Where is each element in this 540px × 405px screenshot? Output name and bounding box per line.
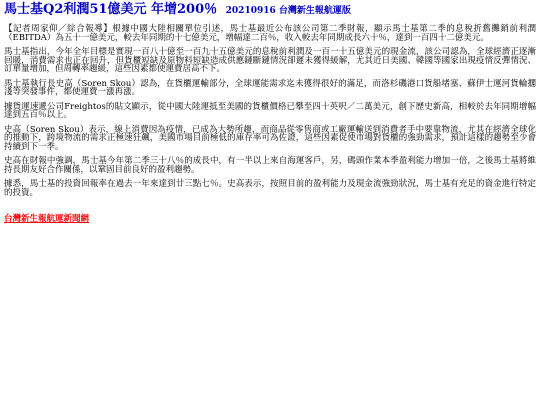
article-paragraph: 馬士基執行長史高（Soren Skou）認為，在貨櫃運輸部分，全球運能需求迄未獲… (4, 80, 536, 97)
article-paragraph: 馬士基指出，今年全年目標是實現一百八十億至一百九十五億美元的息稅前利潤及一百一十… (4, 48, 536, 74)
article-page: 馬士基Q2利潤51億美元 年增200％ 20210916 台灣新生報航運版 【記… (0, 0, 540, 405)
article-title-main: 馬士基Q2利潤51億美元 年增200％ (4, 2, 217, 17)
article-paragraph: 【記者周家仰／綜合報導】根據中國大陸相關單位引述，馬士基最近公布該公司第二季財報… (4, 25, 536, 42)
article-paragraph: 史高在財報中強調，馬士基今年第二季三十八％的成長中，有一半以上來自海運客戶，另，… (4, 157, 536, 174)
article-paragraph: 據貨運速遞公司Freightos的貼文顯示，從中國大陸運抵至美國的貨櫃價格已攀至… (4, 103, 536, 120)
shipping-news-site-link[interactable]: 台灣新生報航運新聞網 (4, 212, 89, 224)
article-paragraph: 據悉，馬士基的投資回報率在過去一年來達到廿三點七％。史高表示，按照目前的盈利能力… (4, 180, 536, 197)
article-paragraph: 史高（Soren Skou）表示，線上消費因為疫情，已成為大勢所趨，而商品從零售… (4, 126, 536, 152)
article-title: 馬士基Q2利潤51億美元 年增200％ 20210916 台灣新生報航運版 (4, 3, 536, 18)
article-date-source: 20210916 台灣新生報航運版 (226, 6, 351, 16)
